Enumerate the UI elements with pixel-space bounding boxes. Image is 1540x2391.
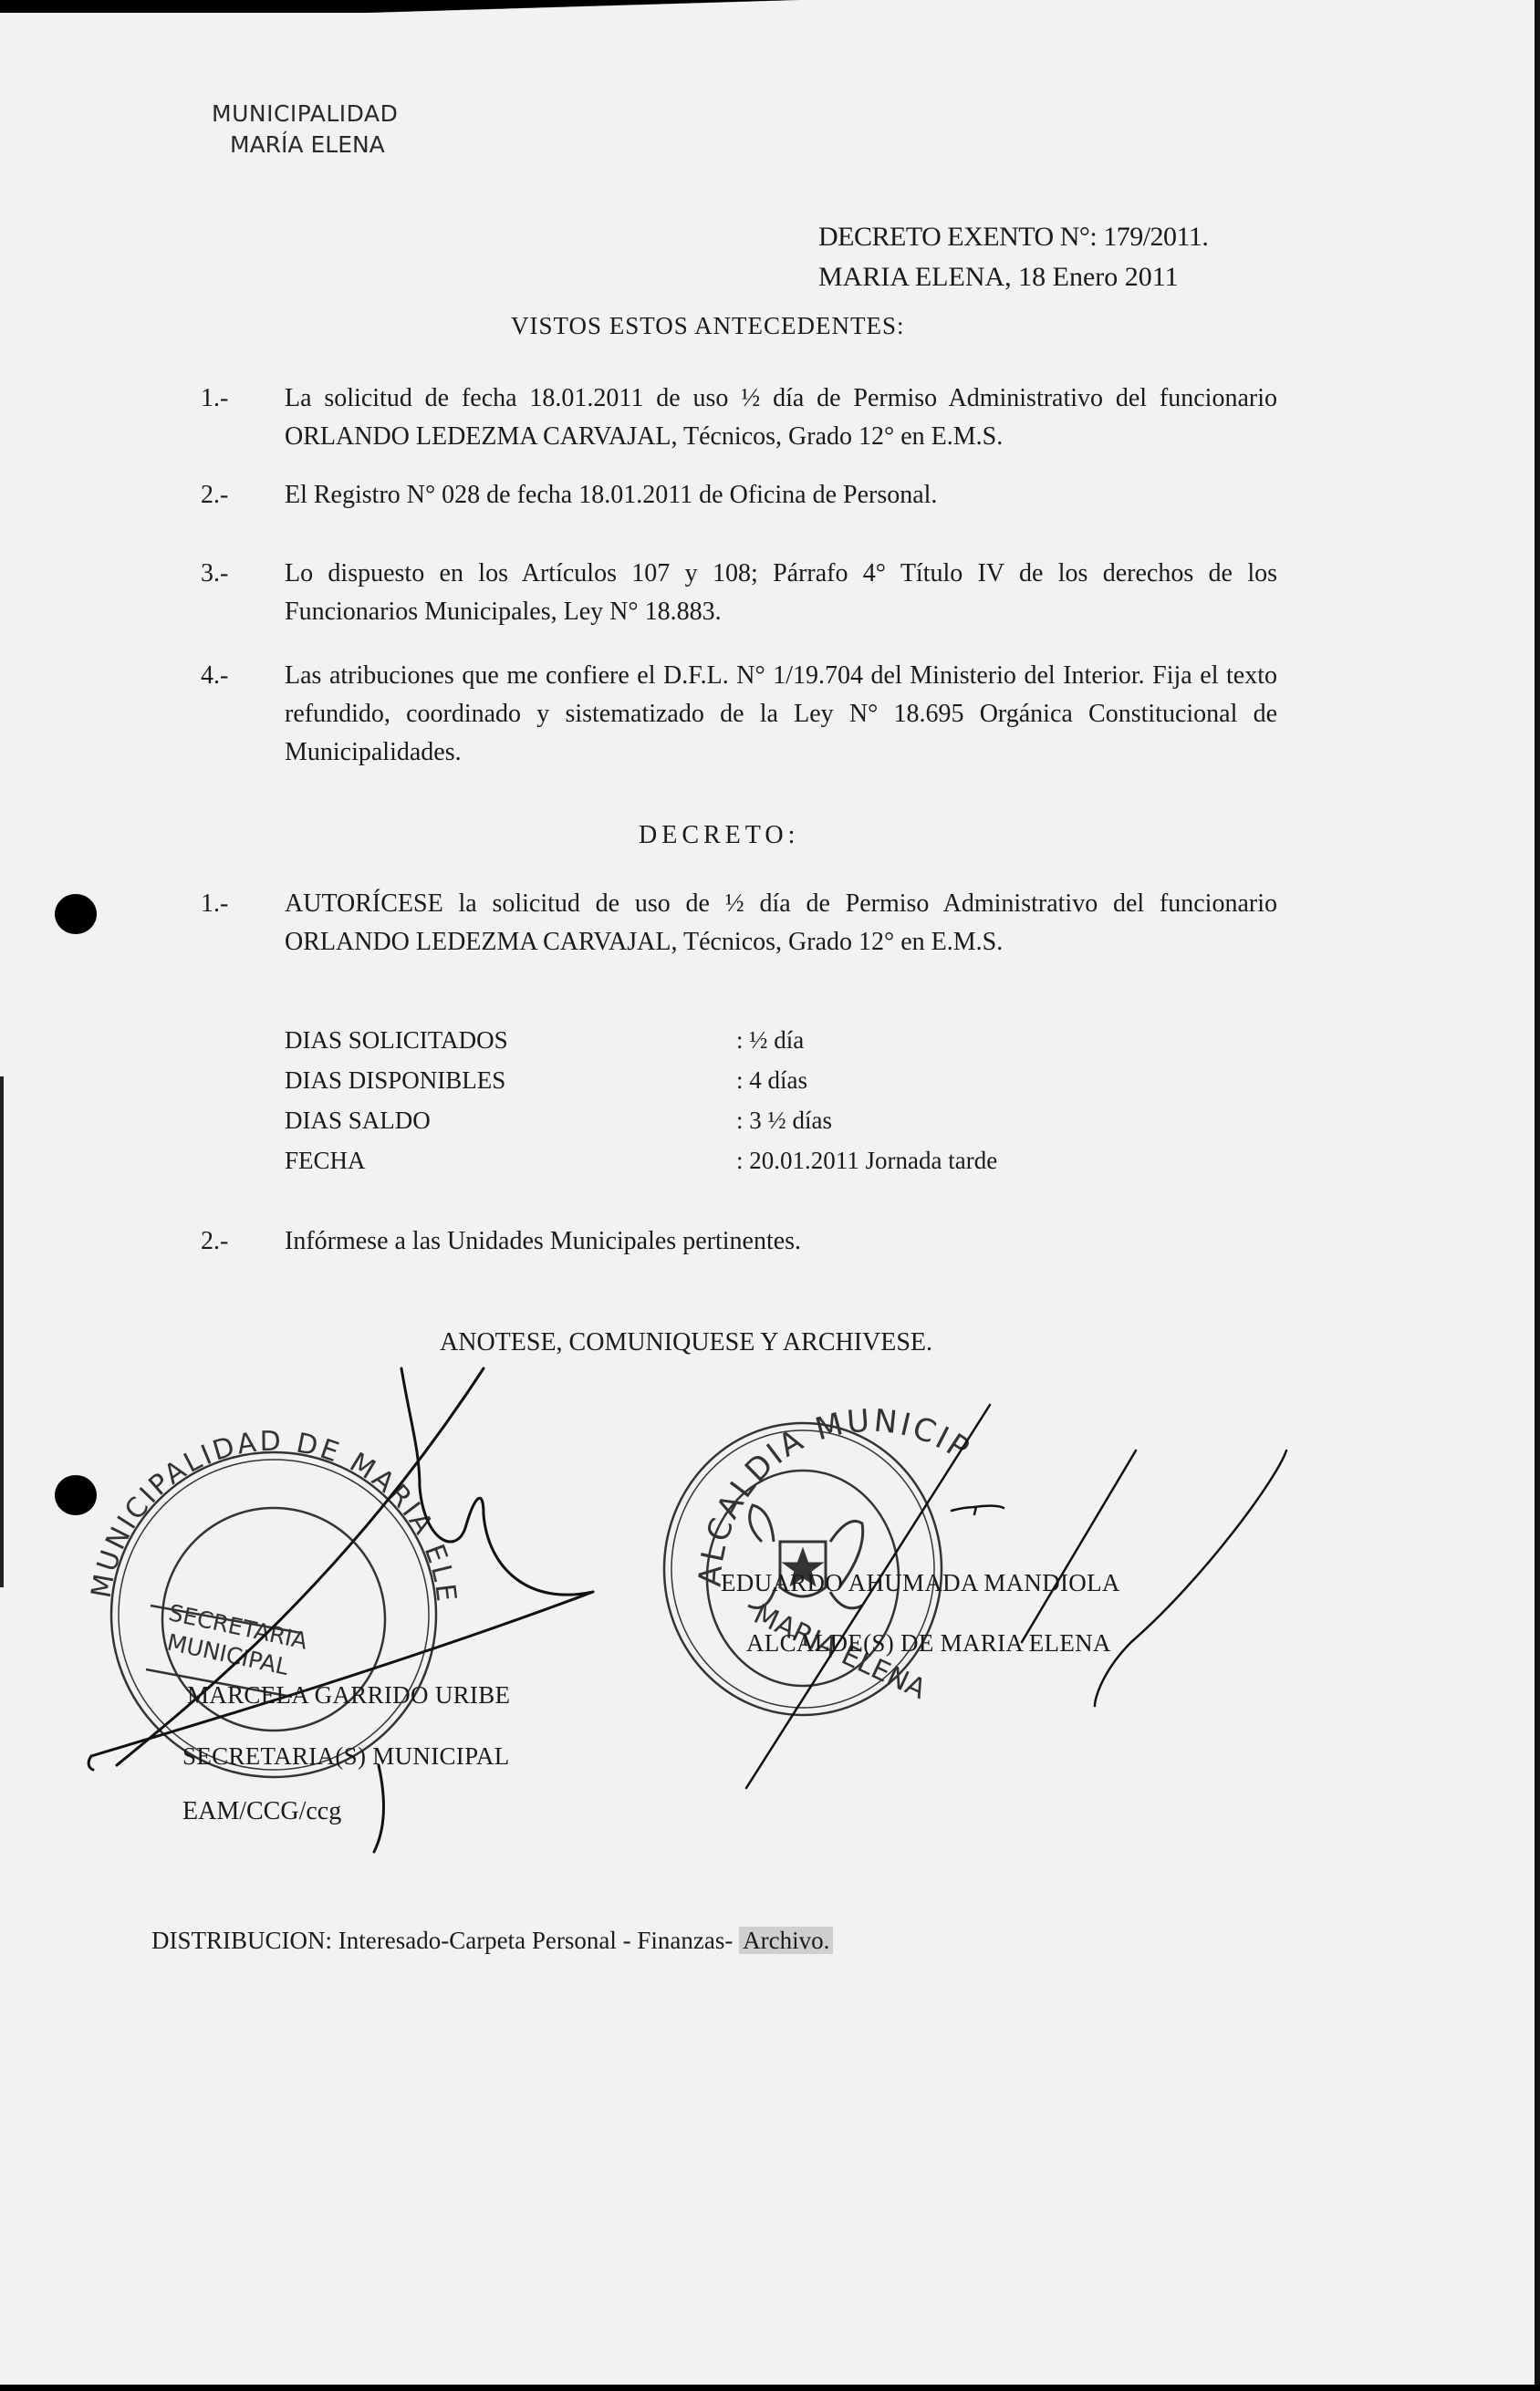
vistos-item: 1.- La solicitud de fecha 18.01.2011 de … [201,379,1277,456]
item-number: 2.- [201,1222,228,1261]
punch-hole-icon [55,1475,97,1515]
secretary-name: MARCELA GARRIDO URIBE [187,1681,510,1710]
item-text: Las atribuciones que me confiere el D.F.… [285,657,1277,772]
letterhead-line-2: MARÍA ELENA [223,130,398,161]
summary-label: DIAS SALDO [285,1100,736,1140]
punch-hole-icon [55,894,97,934]
place-date: MARIA ELENA, 18 Enero 2011 [818,257,1208,297]
secretary-signature-icon [88,1368,593,1852]
scan-border-left [0,1076,4,1587]
leave-summary: DIAS SOLICITADOS : ½ día DIAS DISPONIBLE… [285,1020,997,1180]
item-number: 1.- [201,379,228,418]
vistos-item: 3.- Lo dispuesto en los Artículos 107 y … [201,555,1277,631]
decreto-item: 1.- AUTORÍCESE la solicitud de uso de ½ … [201,885,1277,962]
distribution-label: DISTRIBUCION: [151,1927,332,1954]
svg-text:SECRETARIA: SECRETARIA [166,1599,309,1655]
signature-ink: MUNICIPALIDAD DE MARIA ELENA SECRETARIA … [0,0,1540,2391]
summary-label: FECHA [285,1140,736,1180]
vistos-title: VISTOS ESTOS ANTECEDENTES: [511,312,905,340]
summary-row: DIAS SOLICITADOS : ½ día [285,1020,997,1060]
item-text: La solicitud de fecha 18.01.2011 de uso … [285,379,1277,456]
summary-row: DIAS DISPONIBLES : 4 días [285,1060,997,1100]
summary-value: : 3 ½ días [736,1100,832,1140]
summary-row: DIAS SALDO : 3 ½ días [285,1100,997,1140]
vistos-item: 4.- Las atribuciones que me confiere el … [201,657,1277,772]
summary-value: : 20.01.2011 Jornada tarde [736,1140,997,1180]
decree-number: DECRETO EXENTO N°: 179/2011. [818,217,1208,257]
item-number: 3.- [201,555,228,593]
letterhead-line-1: MUNICIPALIDAD [212,99,398,130]
scan-border-bottom [0,2382,1540,2391]
svg-text:MUNICIPAL: MUNICIPAL [165,1629,291,1681]
summary-value: : ½ día [736,1020,804,1060]
scan-border-right [1535,0,1540,2391]
summary-value: : 4 días [736,1060,807,1100]
vistos-item: 2.- El Registro N° 028 de fecha 18.01.20… [201,476,1277,515]
secretary-stamp-ring-text: MUNICIPALIDAD DE MARIA ELENA [0,0,463,1606]
item-number: 1.- [201,885,228,923]
secretary-stamp [111,1452,436,1777]
item-text: Infórmese a las Unidades Municipales per… [285,1222,1277,1261]
letterhead: MUNICIPALIDAD MARÍA ELENA [212,99,398,161]
closing-formula: ANOTESE, COMUNIQUESE Y ARCHIVESE. [440,1328,932,1357]
item-lead-word: AUTORÍCESE [285,889,443,918]
decreto-title: DECRETO: [639,821,799,850]
distribution-highlighted: Archivo. [739,1927,833,1954]
reference-initials: EAM/CCG/ccg [182,1797,341,1826]
summary-row: FECHA : 20.01.2011 Jornada tarde [285,1140,997,1180]
mayor-title: ALCALDE(S) DE MARIA ELENA [746,1629,1111,1658]
item-text: AUTORÍCESE la solicitud de uso de ½ día … [285,885,1277,962]
distribution-recipients: Interesado-Carpeta Personal - Finanzas- [332,1927,739,1954]
decreto-item: 2.- Infórmese a las Unidades Municipales… [201,1222,1277,1261]
item-text: Lo dispuesto en los Artículos 107 y 108;… [285,555,1277,631]
summary-label: DIAS DISPONIBLES [285,1060,736,1100]
summary-label: DIAS SOLICITADOS [285,1020,736,1060]
item-number: 4.- [201,657,228,695]
secretary-title: SECRETARIA(S) MUNICIPAL [182,1742,510,1771]
scan-border-top [0,0,1540,13]
mayor-name: EDUARDO AHUMADA MANDIOLA [721,1569,1120,1597]
decree-header: DECRETO EXENTO N°: 179/2011. MARIA ELENA… [818,217,1208,297]
item-number: 2.- [201,476,228,515]
distribution-list: DISTRIBUCION: Interesado-Carpeta Persona… [151,1927,833,1955]
item-text: El Registro N° 028 de fecha 18.01.2011 d… [285,476,1277,515]
